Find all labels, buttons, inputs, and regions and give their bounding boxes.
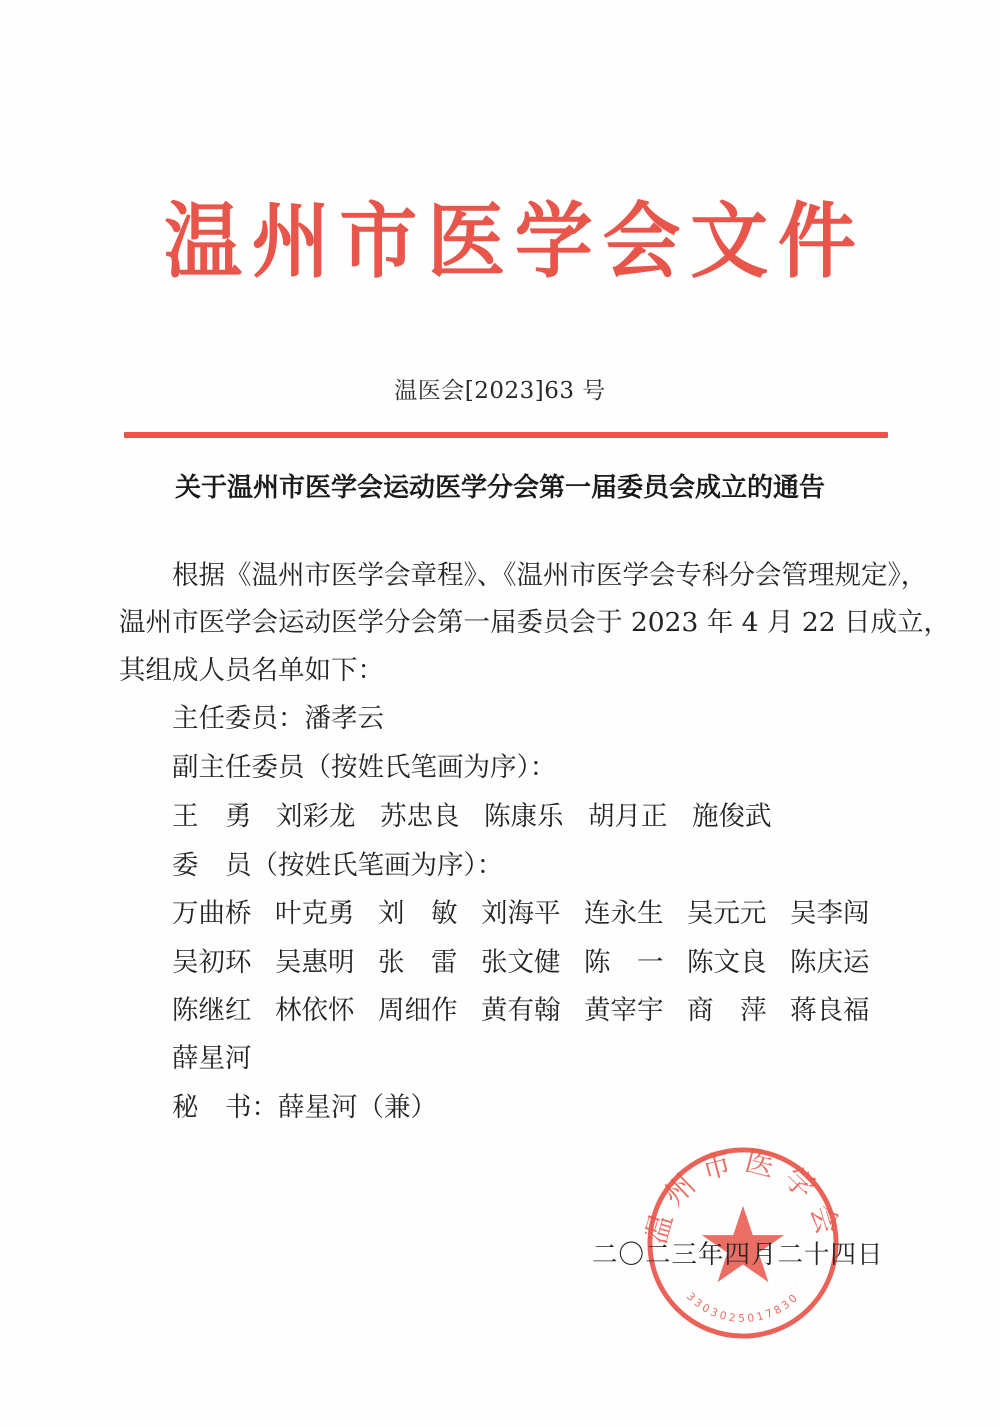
seal-code: 3303025017830 xyxy=(684,1290,802,1325)
person-name: 刘 敏 xyxy=(378,901,481,928)
masthead-char: 文 xyxy=(686,176,772,294)
person-name: 吴李闯 xyxy=(790,901,893,928)
person-name: 苏忠良 xyxy=(380,804,484,831)
person-name: 王 勇 xyxy=(172,804,276,831)
secretary-line: 秘 书：薛星河（兼） xyxy=(172,1095,437,1122)
person-name: 张文健 xyxy=(481,950,584,977)
person-name: 吴惠明 xyxy=(275,950,378,977)
masthead-char: 会 xyxy=(599,176,685,294)
red-divider xyxy=(124,432,888,438)
masthead-char: 州 xyxy=(248,176,334,294)
person-name: 施俊武 xyxy=(692,804,796,831)
person-name: 陈康乐 xyxy=(484,804,588,831)
person-name: 薛星河 xyxy=(172,1046,275,1073)
members-heading: 委 员（按姓氏笔画为序）： xyxy=(172,853,503,880)
members-row: 薛星河 xyxy=(172,1046,275,1073)
person-name: 张 雷 xyxy=(378,950,481,977)
person-name: 商 萍 xyxy=(687,998,790,1025)
person-name: 叶克勇 xyxy=(275,901,378,928)
svg-text:3303025017830: 3303025017830 xyxy=(684,1290,802,1325)
person-name: 陈 一 xyxy=(584,950,687,977)
person-name: 蒋良福 xyxy=(790,998,893,1025)
masthead-char: 学 xyxy=(511,176,597,294)
person-name: 万曲桥 xyxy=(172,901,275,928)
masthead-char: 医 xyxy=(423,176,509,294)
body-line-2: 温州市医学会运动医学分会第一届委员会于 2023 年 4 月 22 日成立， xyxy=(119,610,950,637)
body-line-3: 其组成人员名单如下： xyxy=(119,658,384,685)
vice-chairs-row: 王 勇 刘彩龙 苏忠良 陈康乐 胡月正 施俊武 xyxy=(172,804,796,831)
body-line-1: 根据《温州市医学会章程》、《温州市医学会专科分会管理规定》， xyxy=(172,563,927,590)
person-name: 陈文良 xyxy=(687,950,790,977)
person-name: 刘彩龙 xyxy=(276,804,380,831)
masthead-char: 件 xyxy=(774,176,860,294)
person-name: 陈庆运 xyxy=(790,950,893,977)
members-row: 万曲桥 叶克勇 刘 敏 刘海平 连永生 吴元元 吴李闯 xyxy=(172,901,893,928)
person-name: 陈继红 xyxy=(172,998,275,1025)
document-number: 温医会[2023]63 号 xyxy=(0,372,1000,405)
vice-chairs-heading: 副主任委员（按姓氏笔画为序）： xyxy=(172,755,556,782)
person-name: 刘海平 xyxy=(481,901,584,928)
masthead-char: 温 xyxy=(160,176,246,294)
person-name: 林依怀 xyxy=(275,998,378,1025)
person-name: 连永生 xyxy=(584,901,687,928)
person-name: 周细作 xyxy=(378,998,481,1025)
chair-line: 主任委员：潘孝云 xyxy=(172,706,384,733)
person-name: 胡月正 xyxy=(588,804,692,831)
masthead-char: 市 xyxy=(335,176,421,294)
masthead-title: 温 州 市 医 学 会 文 件 xyxy=(160,180,860,290)
signature-date: 二〇二三年四月二十四日 xyxy=(592,1235,884,1271)
person-name: 黄宰宇 xyxy=(584,998,687,1025)
members-row: 陈继红 林依怀 周细作 黄有翰 黄宰宇 商 萍 蒋良福 xyxy=(172,998,893,1025)
document-subject: 关于温州市医学会运动医学分会第一届委员会成立的通告 xyxy=(0,467,1000,504)
person-name: 黄有翰 xyxy=(481,998,584,1025)
person-name: 吴元元 xyxy=(687,901,790,928)
person-name: 吴初环 xyxy=(172,950,275,977)
document-page: 温 州 市 医 学 会 文 件 温医会[2023]63 号 关于温州市医学会运动… xyxy=(0,0,1000,1427)
members-row: 吴初环 吴惠明 张 雷 张文健 陈 一 陈文良 陈庆运 xyxy=(172,950,893,977)
